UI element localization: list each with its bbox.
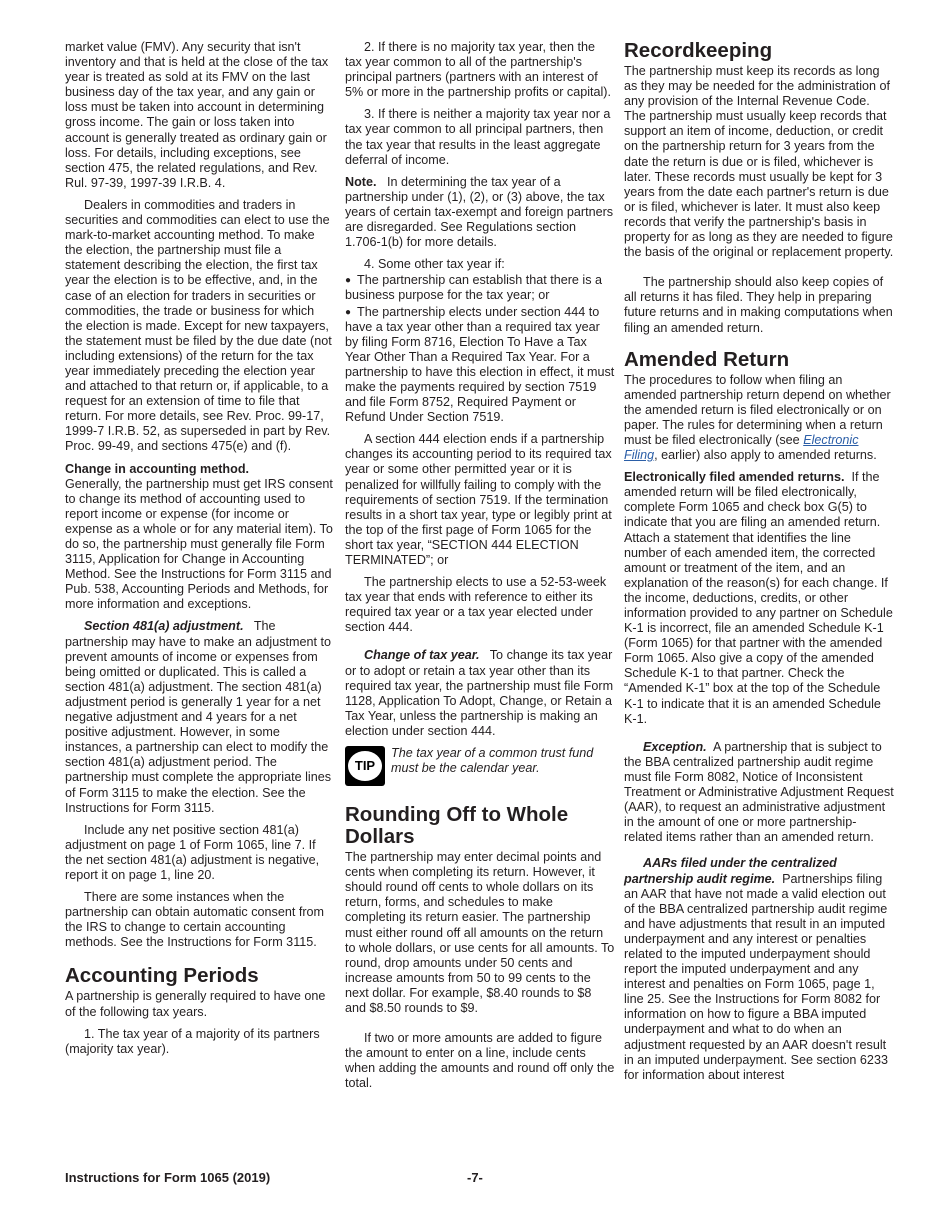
runin-heading: Change in accounting method. [65,462,249,476]
runin-heading: Change of tax year. [364,648,479,662]
paragraph-net-positive-481a: Include any net positive section 481(a) … [65,823,335,883]
list-item-2: 2. If there is no majority tax year, the… [345,40,615,100]
heading-rounding-off: Rounding Off to Whole Dollars [345,804,615,848]
runin-text: Partnerships filing an AAR that have not… [624,872,888,1082]
paragraph-section-481a: Section 481(a) adjustment. The partnersh… [65,619,335,815]
footer-title: Instructions for Form 1065 (2019) [65,1170,270,1185]
paragraph-recordkeeping: The partnership must keep its records as… [624,64,894,260]
paragraph-amended-procedures: The procedures to follow when filing an … [624,373,894,464]
paragraph-note: Note. In determining the tax year of a p… [345,175,615,250]
column-3: Recordkeeping The partnership must keep … [624,40,894,1090]
runin-heading: Section 481(a) adjustment. [84,619,244,633]
note-label: Note. [345,175,376,189]
page-number: -7- [467,1170,483,1185]
column-1: market value (FMV). Any security that is… [65,40,335,1064]
paragraph-rounding: The partnership may enter decimal points… [345,850,615,1016]
paragraph-automatic-consent: There are some instances when the partne… [65,890,335,950]
runin-text: Generally, the partnership must get IRS … [65,477,333,612]
heading-accounting-periods: Accounting Periods [65,965,335,987]
note-text: In determining the tax year of a partner… [345,175,613,249]
paragraph-electronically-filed: Electronically filed amended returns. If… [624,470,894,727]
bullet-item-section-444: ●The partnership elects under section 44… [345,305,615,426]
runin-heading: Exception. [643,740,707,754]
runin-text: If the amended return will be filed elec… [624,470,893,726]
paragraph-444-ends: A section 444 election ends if a partner… [345,432,615,568]
list-item-3: 3. If there is neither a majority tax ye… [345,107,615,167]
paragraph-keep-copies: The partnership should also keep copies … [624,275,894,335]
paragraph-fmv: market value (FMV). Any security that is… [65,40,335,191]
list-item-4: 4. Some other tax year if: [345,257,615,272]
runin-heading: Electronically filed amended returns. [624,470,844,484]
paragraph-mark-to-market: Dealers in commodities and traders in se… [65,198,335,455]
heading-recordkeeping: Recordkeeping [624,40,894,62]
paragraph-exception: Exception. A partnership that is subject… [624,740,894,846]
heading-amended-return: Amended Return [624,349,894,371]
paragraph-aars: AARs filed under the centralized partner… [624,856,894,1082]
list-item-1: 1. The tax year of a majority of its par… [65,1027,335,1057]
bullet-item-business-purpose: ●The partnership can establish that ther… [345,273,615,303]
tip-text: The tax year of a common trust fund must… [391,746,615,776]
bullet-icon: ● [345,305,357,320]
column-2: 2. If there is no majority tax year, the… [345,40,615,1098]
paragraph-change-of-tax-year: Change of tax year. To change its tax ye… [345,648,615,739]
tip-icon: TIP [345,746,385,786]
bullet-icon: ● [345,273,357,288]
page-footer: Instructions for Form 1065 (2019) -7- [65,1170,885,1185]
paragraph-change-accounting-method: Change in accounting method.Generally, t… [65,462,335,613]
paragraph-adding-amounts: If two or more amounts are added to figu… [345,1031,615,1091]
paragraph-52-53-week: The partnership elects to use a 52-53-we… [345,575,615,635]
runin-text: The partnership may have to make an adju… [65,619,331,814]
paragraph-tax-years-intro: A partnership is generally required to h… [65,989,335,1019]
tip-box: TIP The tax year of a common trust fund … [345,746,615,786]
runin-text: A partnership that is subject to the BBA… [624,740,894,845]
